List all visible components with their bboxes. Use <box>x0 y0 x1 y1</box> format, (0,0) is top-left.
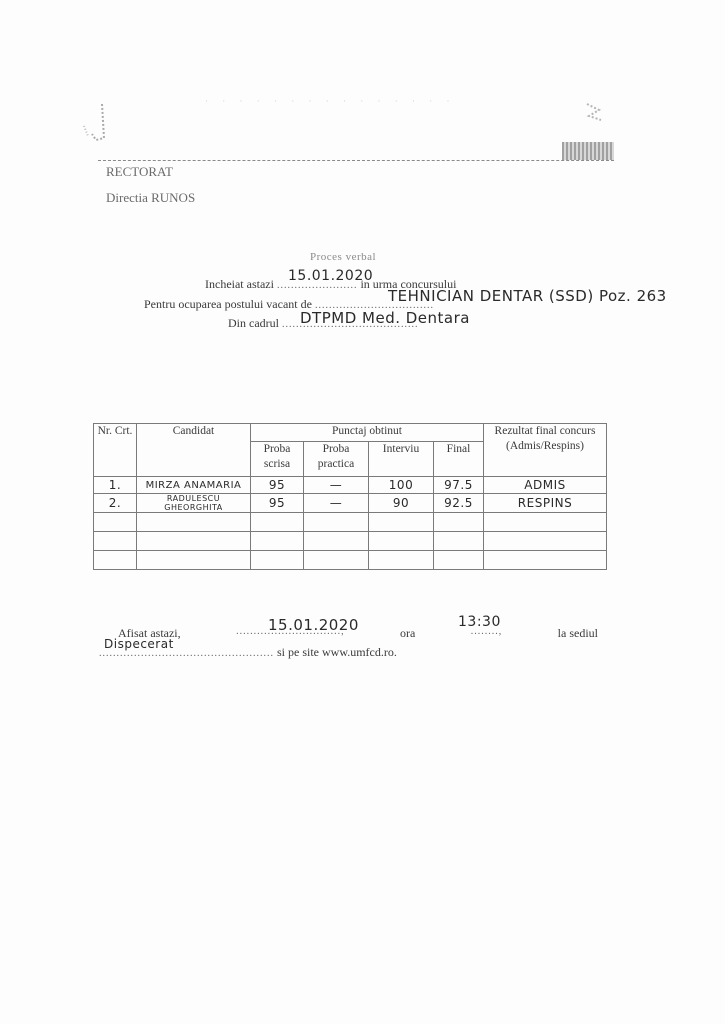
concluded-date: 15.01.2020 <box>288 268 373 284</box>
concluded-label: Incheiat astazi <box>205 277 274 291</box>
org-line-rectorat: RECTORAT <box>106 164 173 180</box>
department-value: DTPMD Med. Dentara <box>300 309 470 327</box>
posted-date: 15.01.2020 <box>268 616 359 634</box>
university-crest-icon <box>72 98 132 146</box>
table-row-empty <box>94 551 607 570</box>
table-row-empty <box>94 532 607 551</box>
col-candidat-header: Candidat <box>137 424 251 477</box>
posted-time: 13:30 <box>458 614 501 630</box>
location-label: la sediul <box>558 626 598 641</box>
table-row: 1. MIRZA ANAMARIA 95 — 100 97.5 ADMIS <box>94 477 607 494</box>
cell-proba-scrisa: 95 <box>251 494 304 513</box>
site-text: si pe site www.umfcd.ro. <box>277 645 397 659</box>
cell-final: 92.5 <box>434 494 484 513</box>
cell-proba-scrisa: 95 <box>251 477 304 494</box>
time-label: ora <box>400 626 415 641</box>
department-label: Din cadrul <box>228 316 279 330</box>
cell-proba-practica: — <box>304 477 369 494</box>
quality-seal-icon <box>575 90 615 130</box>
letterhead-faded-text: · · · · · · · · · · · · · · · <box>205 96 455 106</box>
location-value: Dispecerat <box>104 637 174 651</box>
col-rezultat-header: Rezultat final concurs (Admis/Respins) <box>484 424 607 477</box>
cell-candidat: MIRZA ANAMARIA <box>137 477 251 494</box>
certification-stamp-icon <box>562 142 614 160</box>
table-row: 2. RADULESCU GHEORGHITA 95 — 90 92.5 RES… <box>94 494 607 513</box>
col-punctaj-header: Punctaj obtinut <box>251 424 484 442</box>
col-final-header: Final <box>434 442 484 477</box>
cell-nr: 1. <box>94 477 137 494</box>
col-interviu-header: Interviu <box>369 442 434 477</box>
col-proba-practica-header: Proba practica <box>304 442 369 477</box>
cell-rezultat: ADMIS <box>484 477 607 494</box>
col-nr-header: Nr. Crt. <box>94 424 137 477</box>
document-title: Proces verbal <box>310 251 376 263</box>
position-label: Pentru ocuparea postului vacant de <box>144 297 312 311</box>
cell-interviu: 90 <box>369 494 434 513</box>
cell-final: 97.5 <box>434 477 484 494</box>
cell-rezultat: RESPINS <box>484 494 607 513</box>
cell-interviu: 100 <box>369 477 434 494</box>
org-line-directia: Directia RUNOS <box>106 190 195 206</box>
cell-proba-practica: — <box>304 494 369 513</box>
cell-candidat: RADULESCU GHEORGHITA <box>137 494 251 513</box>
col-proba-scrisa-header: Proba scrisa <box>251 442 304 477</box>
position-value: TEHNICIAN DENTAR (SSD) Poz. 263 <box>388 287 667 305</box>
header-divider <box>98 160 614 161</box>
table-row-empty <box>94 513 607 532</box>
results-table: Nr. Crt. Candidat Punctaj obtinut Rezult… <box>93 423 607 570</box>
cell-nr: 2. <box>94 494 137 513</box>
